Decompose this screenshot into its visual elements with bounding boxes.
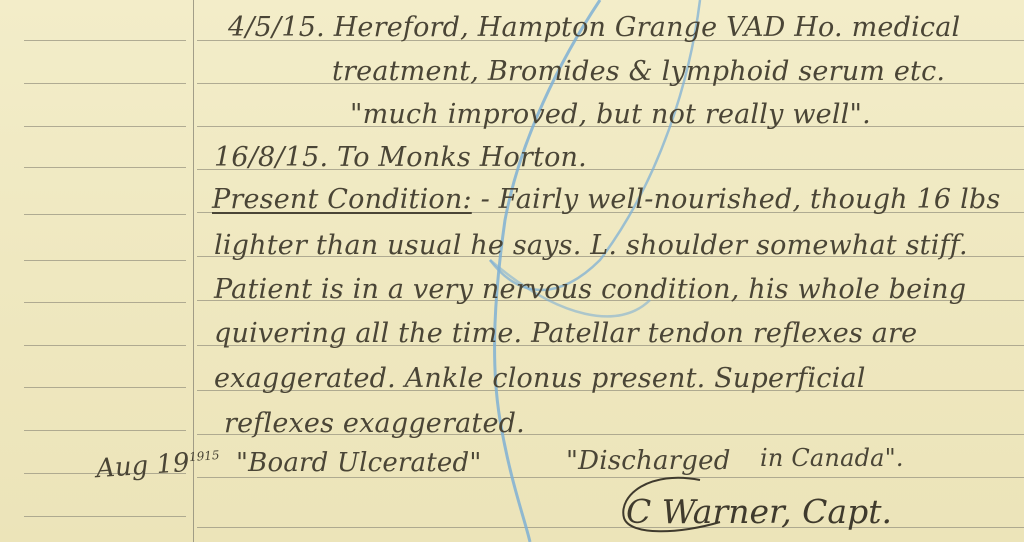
board-note-part3: in Canada". xyxy=(760,444,904,472)
condition-line: Present Condition: - Fairly well-nourish… xyxy=(212,186,1000,213)
entry-text: To Monks Horton. xyxy=(337,142,587,173)
condition-text: Patient is in a very nervous condition, … xyxy=(214,274,966,305)
condition-line: lighter than usual he says. L. shoulder … xyxy=(214,232,968,259)
present-condition-heading: Present Condition: xyxy=(212,184,472,215)
condition-line: reflexes exaggerated. xyxy=(224,410,525,437)
entry-line: treatment, Bromides & lymphoid serum etc… xyxy=(332,58,945,85)
board-note-part1: "Board Ulcerated" xyxy=(236,448,482,478)
entry-text: treatment, Bromides & lymphoid serum etc… xyxy=(332,56,945,87)
condition-line: quivering all the time. Patellar tendon … xyxy=(214,320,917,347)
condition-line: exaggerated. Ankle clonus present. Super… xyxy=(214,365,866,392)
condition-text: - Fairly well-nourished, though 16 lbs xyxy=(481,184,1001,215)
entry-text: Hereford, Hampton Grange VAD Ho. medical xyxy=(334,12,961,43)
condition-text: reflexes exaggerated. xyxy=(224,408,525,439)
board-note-line: "Board Ulcerated" xyxy=(236,450,482,476)
margin-year: 1915 xyxy=(189,448,220,464)
entry-date: 16/8/15. xyxy=(214,142,328,173)
signature: C Warner, Capt. xyxy=(626,492,892,531)
entry-date: 4/5/15. xyxy=(228,12,325,43)
condition-text: quivering all the time. Patellar tendon … xyxy=(214,318,917,349)
condition-text: lighter than usual he says. L. shoulder … xyxy=(214,230,968,261)
condition-text: exaggerated. Ankle clonus present. Super… xyxy=(214,363,866,394)
condition-line: Patient is in a very nervous condition, … xyxy=(214,276,966,303)
board-note-line: in Canada". xyxy=(760,446,904,470)
entry-line: 4/5/15. Hereford, Hampton Grange VAD Ho.… xyxy=(228,14,960,41)
entry-quote: "much improved, but not really well". xyxy=(350,99,871,130)
entry-line: "much improved, but not really well". xyxy=(350,101,871,128)
ledger-page: 4/5/15. Hereford, Hampton Grange VAD Ho.… xyxy=(0,0,1024,542)
entry-line: 16/8/15. To Monks Horton. xyxy=(214,144,587,171)
